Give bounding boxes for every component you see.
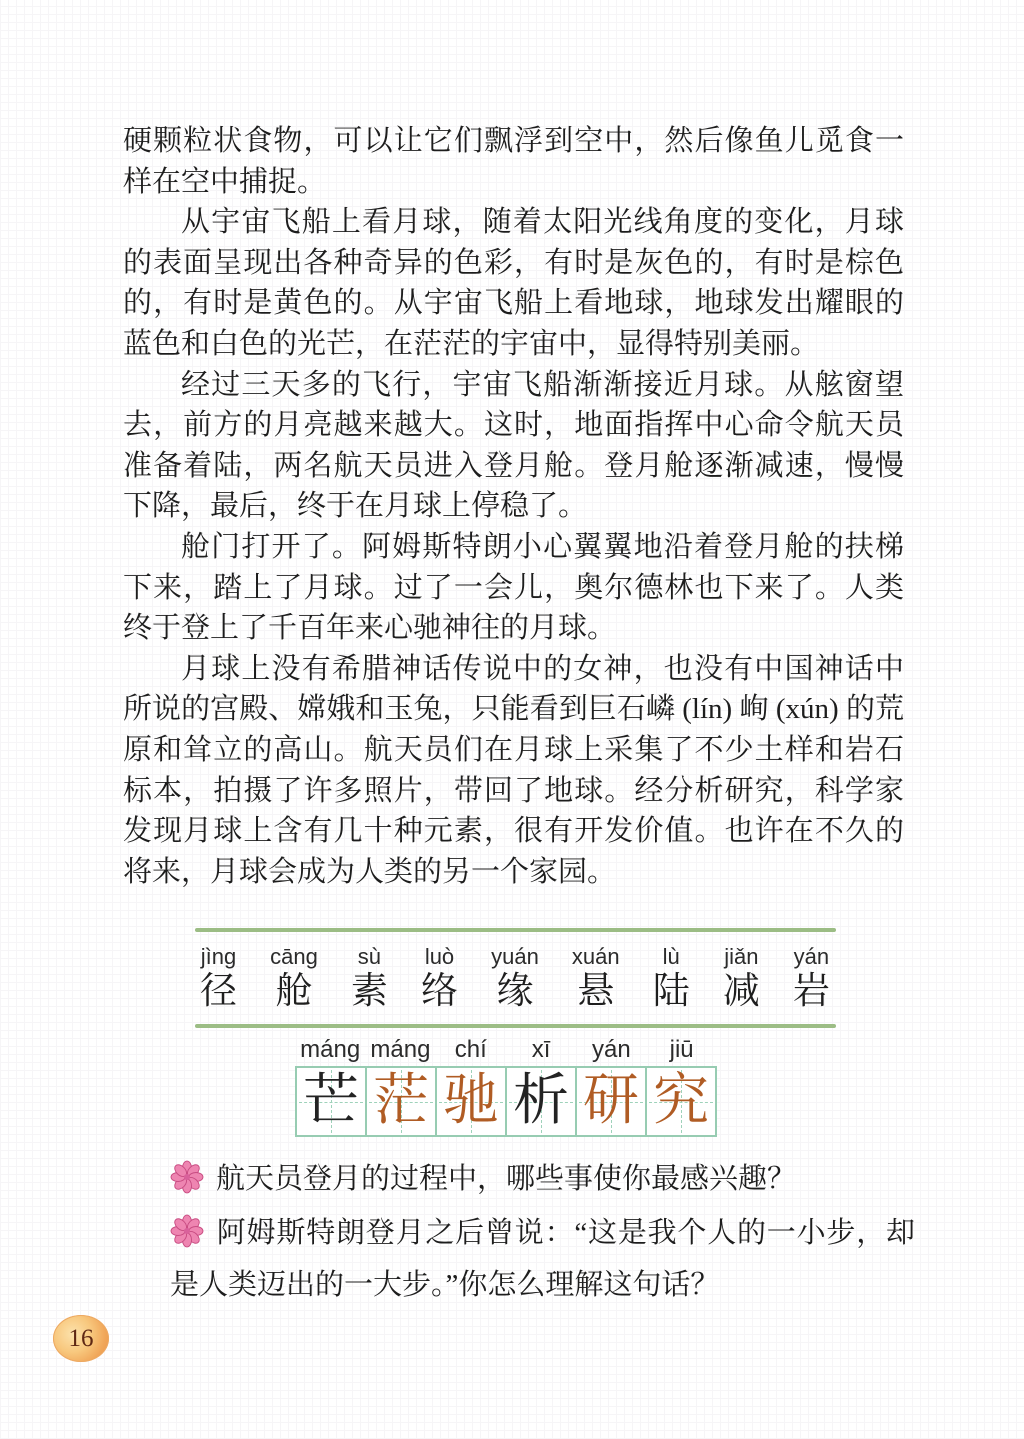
textbook-page: 硬颗粒状食物，可以让它们飘浮到空中，然后像鱼儿觅食一样在空中捕捉。 从宇宙飞船上… [0, 0, 1024, 1439]
questions-section: 航天员登月的过程中，哪些事使你最感兴趣？ 阿姆斯特朗登月之后曾说：“这是我个人的… [170, 1153, 915, 1313]
grid-character: 究 [647, 1068, 715, 1135]
vocab-character: 岩 [793, 970, 830, 1014]
separator-rule-top [195, 928, 836, 932]
grid-character: 茫 [367, 1068, 435, 1135]
vocab-character: 悬 [577, 970, 614, 1014]
question-item: 航天员登月的过程中，哪些事使你最感兴趣？ [170, 1153, 915, 1205]
vocab-character: 径 [200, 970, 237, 1014]
page-number: 16 [69, 1325, 94, 1353]
vocab-pinyin: yán [794, 944, 829, 970]
vocab-pinyin: luò [425, 944, 454, 970]
grid-character: 研 [577, 1068, 645, 1135]
vocab-item: sù 素 [351, 944, 388, 1014]
page-number-badge: 16 [53, 1315, 109, 1362]
vocab-character: 舱 [275, 970, 312, 1014]
grid-cell: 析 [507, 1068, 577, 1135]
vocab-item: jiǎn 减 [723, 944, 760, 1014]
paragraph: 舱门打开了。阿姆斯特朗小心翼翼地沿着登月舱的扶梯下来，踏上了月球。过了一会儿，奥… [123, 527, 904, 649]
vocab-pinyin: xuán [572, 944, 620, 970]
paragraph: 月球上没有希腊神话传说中的女神，也没有中国神话中所说的宫殿、嫦娥和玉兔，只能看到… [123, 649, 904, 893]
writing-practice-grid: 芒 茫 驰 析 研 究 [295, 1066, 717, 1137]
grid-character: 析 [507, 1068, 575, 1135]
question-item: 阿姆斯特朗登月之后曾说：“这是我个人的一小步，却是人类迈出的一大步。”你怎么理解… [170, 1207, 915, 1311]
grid-pinyin: yán [576, 1036, 646, 1064]
grid-pinyin: chí [436, 1036, 506, 1064]
vocab-item: luò 络 [421, 944, 458, 1014]
grid-pinyin: máng [295, 1036, 365, 1064]
grid-character: 芒 [297, 1068, 365, 1135]
grid-pinyin: xī [506, 1036, 576, 1064]
vocabulary-row: jìng 径 cāng 舱 sù 素 luò 络 yuán 缘 xuán 悬 l… [200, 944, 830, 1014]
flower-icon [170, 1159, 204, 1193]
vocab-character: 减 [723, 970, 760, 1014]
body-text: 硬颗粒状食物，可以让它们飘浮到空中，然后像鱼儿觅食一样在空中捕捉。 从宇宙飞船上… [123, 121, 904, 892]
vocab-item: yuán 缘 [491, 944, 539, 1014]
grid-cell: 茫 [367, 1068, 437, 1135]
grid-pinyin: jiū [646, 1036, 716, 1064]
vocab-pinyin: cāng [270, 944, 318, 970]
question-text: 阿姆斯特朗登月之后曾说：“这是我个人的一小步，却是人类迈出的一大步。”你怎么理解… [170, 1217, 915, 1301]
question-text: 航天员登月的过程中，哪些事使你最感兴趣？ [216, 1163, 796, 1195]
grid-cell: 研 [577, 1068, 647, 1135]
vocab-pinyin: lù [663, 944, 680, 970]
separator-rule-bottom [195, 1024, 836, 1028]
vocab-character: 络 [421, 970, 458, 1014]
vocab-item: cāng 舱 [270, 944, 318, 1014]
vocab-pinyin: jìng [201, 944, 236, 970]
vocab-item: lù 陆 [653, 944, 690, 1014]
vocab-pinyin: jiǎn [724, 944, 758, 970]
vocab-item: xuán 悬 [572, 944, 620, 1014]
writing-grid-pinyin-row: máng máng chí xī yán jiū [295, 1036, 717, 1064]
flower-icon [170, 1213, 204, 1247]
grid-cell: 驰 [437, 1068, 507, 1135]
vocab-character: 陆 [653, 970, 690, 1014]
paragraph: 经过三天多的飞行，宇宙飞船渐渐接近月球。从舷窗望去，前方的月亮越来越大。这时，地… [123, 365, 904, 527]
vocab-pinyin: yuán [491, 944, 539, 970]
paragraph: 从宇宙飞船上看月球，随着太阳光线角度的变化，月球的表面呈现出各种奇异的色彩，有时… [123, 202, 904, 364]
vocab-pinyin: sù [358, 944, 381, 970]
grid-cell: 芒 [297, 1068, 367, 1135]
vocab-character: 缘 [496, 970, 533, 1014]
vocab-character: 素 [351, 970, 388, 1014]
paragraph: 硬颗粒状食物，可以让它们飘浮到空中，然后像鱼儿觅食一样在空中捕捉。 [123, 121, 904, 202]
grid-cell: 究 [647, 1068, 715, 1135]
vocab-item: jìng 径 [200, 944, 237, 1014]
grid-pinyin: máng [365, 1036, 435, 1064]
vocab-item: yán 岩 [793, 944, 830, 1014]
grid-character: 驰 [437, 1068, 505, 1135]
